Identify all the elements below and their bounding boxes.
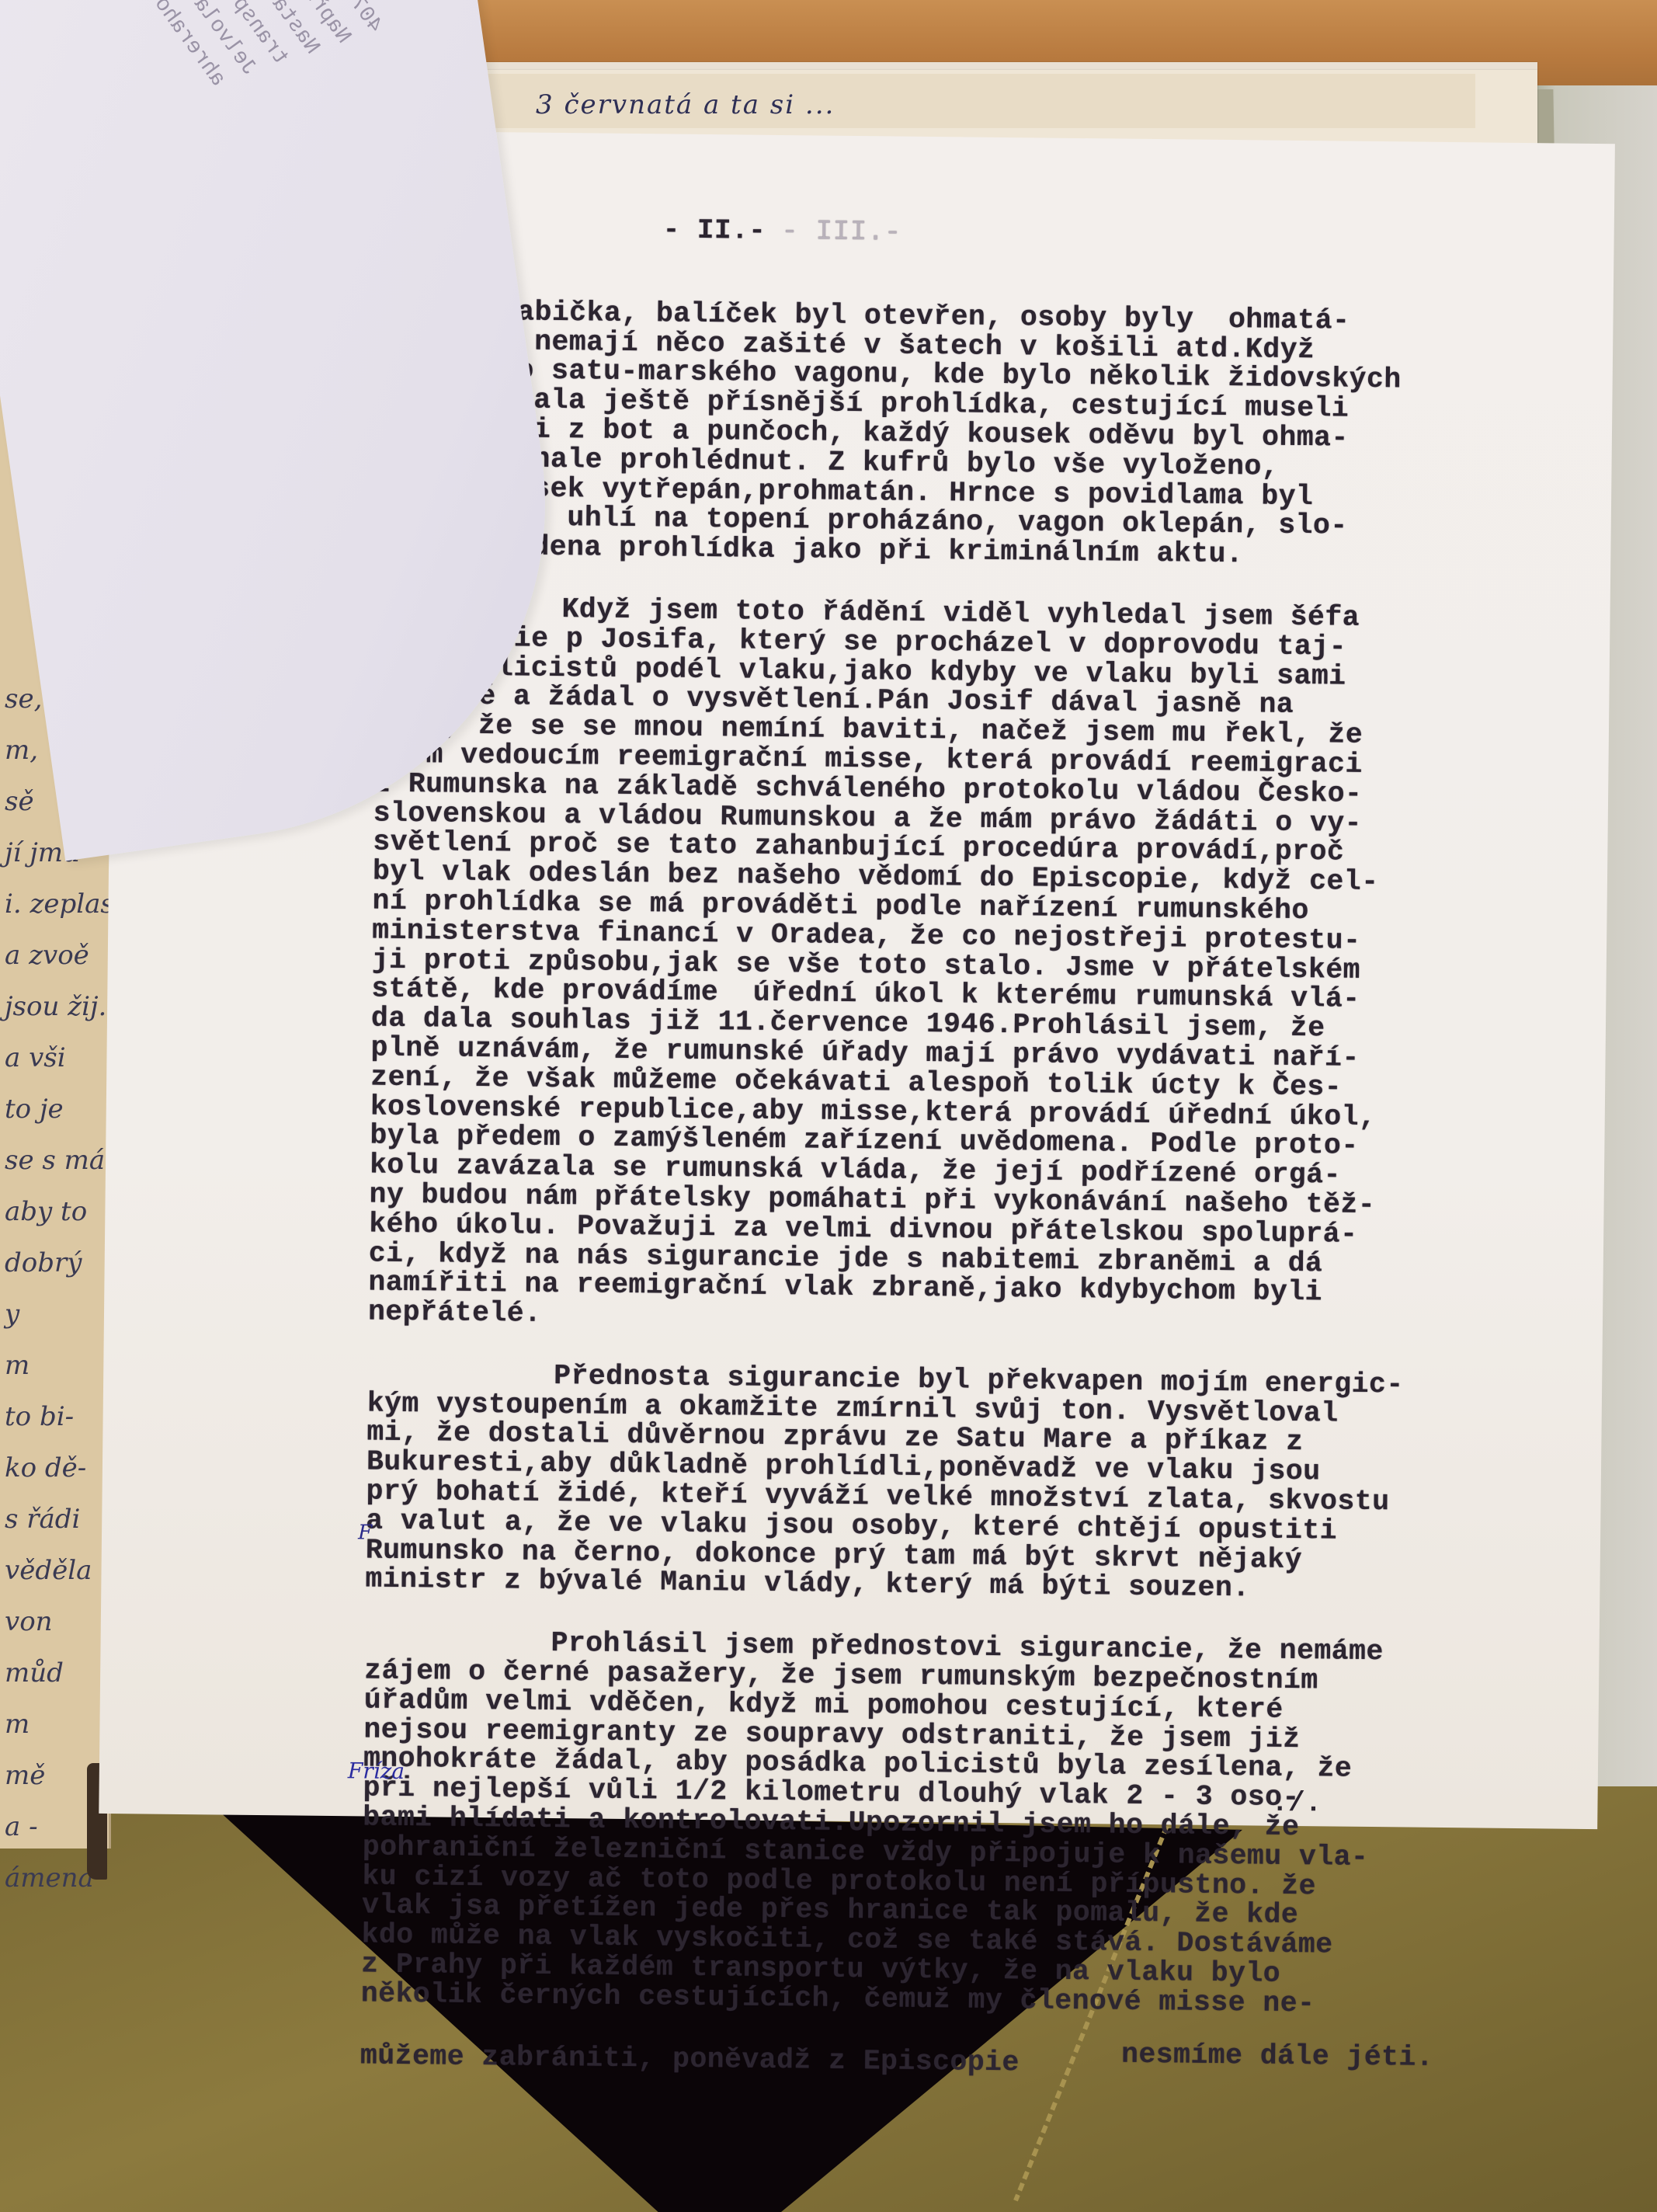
page-number-ghost: - III.- xyxy=(781,215,901,249)
handwritten-signature: Fríza xyxy=(348,1758,405,1784)
page-number: - II.-- III.- xyxy=(379,213,1505,254)
handwritten-line: i. zeplas xyxy=(5,889,114,920)
paragraph: Prohlásil jsem přednostovi sigurancie, ž… xyxy=(361,1627,1491,2021)
handwritten-line: m, xyxy=(5,735,38,766)
paragraph: Přednosta sigurancie byl překvapen mojím… xyxy=(365,1359,1493,1606)
handwritten-top-note: 3 červnatá a ta si ... xyxy=(536,89,835,120)
handwritten-line: to bi- xyxy=(5,1401,74,1432)
handwritten-line: dobrý xyxy=(5,1247,82,1278)
handwritten-line: y xyxy=(5,1299,19,1330)
handwritten-line: se s má xyxy=(5,1145,105,1176)
continuation-mark: ./. xyxy=(1271,1787,1322,1820)
handwritten-line: m xyxy=(5,1350,30,1381)
handwritten-line: a - xyxy=(5,1811,38,1842)
handwritten-line: a zvoě xyxy=(5,940,89,971)
handwritten-line: m xyxy=(5,1709,30,1740)
handwritten-line: jsou žij.- xyxy=(5,991,116,1022)
handwritten-line: věděla xyxy=(5,1555,92,1586)
handwritten-marker: F xyxy=(358,1521,372,1544)
handwritten-line: a vši xyxy=(5,1042,66,1073)
page-number-current: - II.- xyxy=(662,214,766,246)
handwritten-line: to je xyxy=(5,1094,64,1125)
handwritten-line: ko dě- xyxy=(5,1452,86,1483)
paragraph: Každá krabička, balíček byl otevřen, oso… xyxy=(376,296,1504,572)
final-line-right: nesmíme dále jéti. xyxy=(1121,2040,1433,2072)
handwritten-line: ámena xyxy=(5,1862,94,1894)
handwritten-line: můd xyxy=(5,1657,64,1689)
handwritten-line: aby to xyxy=(5,1196,87,1227)
handwritten-line: se, xyxy=(5,683,42,715)
paragraph: Když jsem toto řádění viděl vyhledal jse… xyxy=(368,593,1502,1338)
handwritten-line: sě xyxy=(5,786,34,817)
handwritten-line: von xyxy=(5,1606,53,1637)
handwritten-line: mě xyxy=(5,1760,45,1791)
handwritten-line: s řádi xyxy=(5,1504,80,1535)
